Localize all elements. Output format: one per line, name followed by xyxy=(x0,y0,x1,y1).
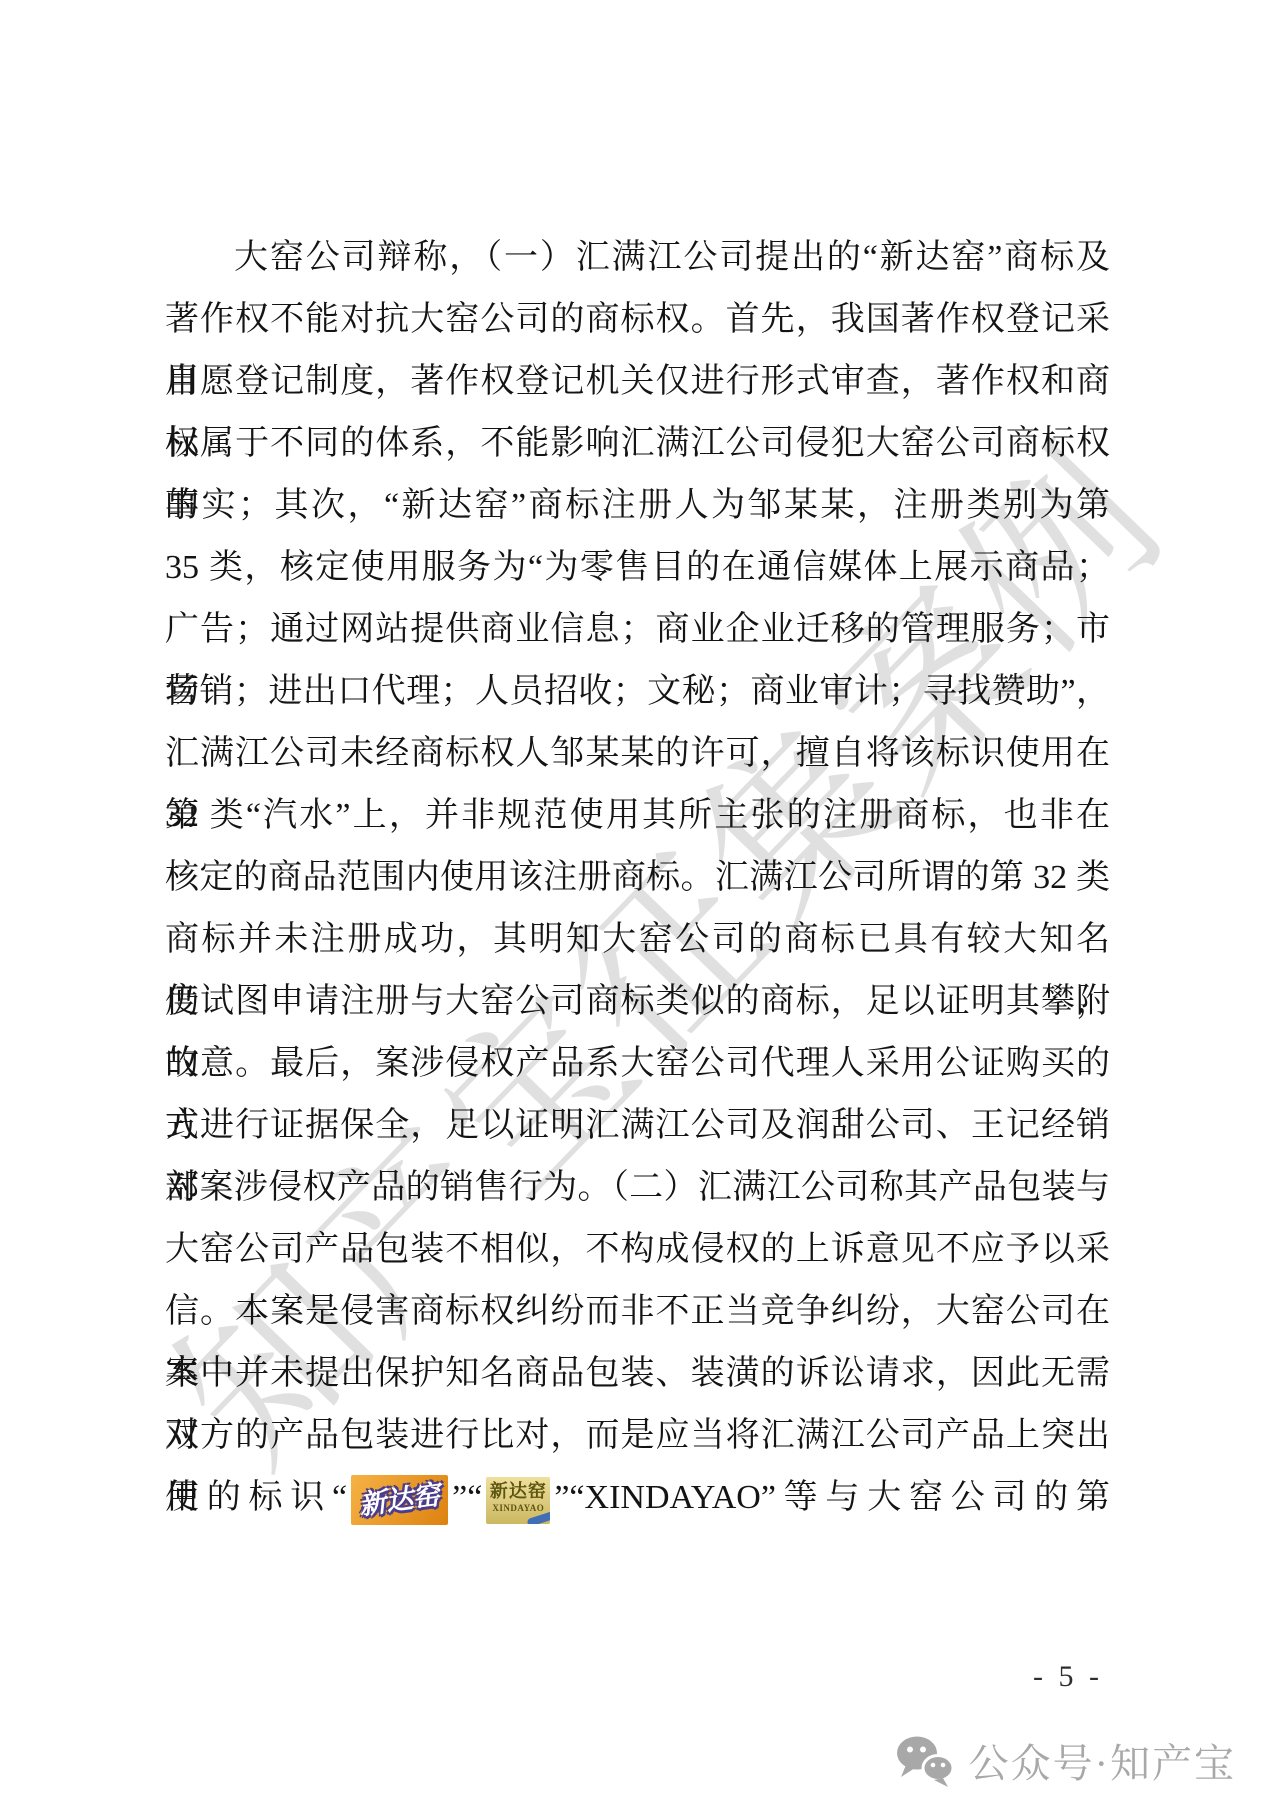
line-text: 对案涉侵权产品的销售行为。（二）汇满江公司称其产品包装与 xyxy=(165,1169,1110,1206)
trademark-logo2-cn: 新达窑 xyxy=(486,1480,550,1503)
line-text: 32 类“汽水”上，并非规范使用其所主张的注册商标，也非在 xyxy=(165,797,1110,834)
line-text: 35 类，核定使用服务为“为零售目的在通信媒体上展示商品； xyxy=(165,549,1110,586)
line-text: ”“ xyxy=(452,1479,482,1516)
line-text: 大窑公司产品包装不相似，不构成侵权的上诉意见不应予以采 xyxy=(165,1231,1110,1268)
text-line: 核定的商品范围内使用该注册商标。汇满江公司所谓的第 32 类 xyxy=(165,847,1110,909)
text-line: 著作权不能对抗大窑公司的商标权。首先，我国著作权登记采用 xyxy=(165,289,1110,351)
text-line: 故意。最后，案涉侵权产品系大窑公司代理人采用公证购买的方 xyxy=(165,1033,1110,1095)
text-line: 大窑公司辩称，（一）汇满江公司提出的“新达窑”商标及 xyxy=(165,227,1110,289)
text-line: 对案涉侵权产品的销售行为。（二）汇满江公司称其产品包装与 xyxy=(165,1157,1110,1219)
line-text: 事实；其次，“新达窑”商标注册人为邹某某，注册类别为第 xyxy=(165,487,1110,524)
line-text: 用的标识“ xyxy=(165,1479,347,1516)
text-line: 自愿登记制度，著作权登记机关仅进行形式审查，著作权和商标 xyxy=(165,351,1110,413)
trademark-logo2-latin: XINDAYAO xyxy=(486,1503,550,1513)
line-text: 大窑公司辩称，（一）汇满江公司提出的“新达窑”商标及 xyxy=(234,239,1110,276)
page: { "watermark": { "text": "知产宝征集案例", "col… xyxy=(0,0,1280,1810)
text-line: 35 类，核定使用服务为“为零售目的在通信媒体上展示商品； xyxy=(165,537,1110,599)
text-line: 营销；进出口代理；人员招收；文秘；商业审计；寻找赞助”， xyxy=(165,661,1110,723)
text-line: 权属于不同的体系，不能影响汇满江公司侵犯大窑公司商标权的 xyxy=(165,413,1110,475)
text-line: 事实；其次，“新达窑”商标注册人为邹某某，注册类别为第 xyxy=(165,475,1110,537)
page-number: - 5 - xyxy=(1013,1660,1123,1694)
trademark-logo1-label: 新达窑 xyxy=(351,1475,448,1525)
text-line: 信。本案是侵害商标权纠纷而非不正当竞争纠纷，大窑公司在本 xyxy=(165,1281,1110,1343)
text-line: 32 类“汽水”上，并非规范使用其所主张的注册商标，也非在 xyxy=(165,785,1110,847)
trademark-logo-xindayao-label: 新达窑XINDAYAO xyxy=(486,1477,550,1524)
text-line: 广告；通过网站提供商业信息；商业企业迁移的管理服务；市场 xyxy=(165,599,1110,661)
trademark-logo-xindayao-stylized: 新达窑 xyxy=(351,1475,448,1525)
text-line: 双方的产品包装进行比对，而是应当将汇满江公司产品上突出使 xyxy=(165,1405,1110,1467)
line-text: 核定的商品范围内使用该注册商标。汇满江公司所谓的第 32 类 xyxy=(165,859,1110,896)
footer-text: 公众号·知产宝 xyxy=(969,1732,1236,1789)
text-line: 式进行证据保全，足以证明汇满江公司及润甜公司、王记经销部 xyxy=(165,1095,1110,1157)
text-line: 用的标识“新达窑”“新达窑XINDAYAO”“XINDAYAO”等与大窑公司的第 xyxy=(165,1467,1110,1529)
text-line: 汇满江公司未经商标权人邹某某的许可，擅自将该标识使用在第 xyxy=(165,723,1110,785)
text-line: 案中并未提出保护知名商品包装、装潢的诉讼请求，因此无需对 xyxy=(165,1343,1110,1405)
line-text: 营销；进出口代理；人员招收；文秘；商业审计；寻找赞助”， xyxy=(165,673,1110,710)
footer: 公众号·知产宝 xyxy=(893,1732,1236,1789)
text-line: 大窑公司产品包装不相似，不构成侵权的上诉意见不应予以采 xyxy=(165,1219,1110,1281)
wechat-icon xyxy=(893,1734,955,1788)
line-text: ”“XINDAYAO”等与大窑公司的第 xyxy=(554,1479,1110,1516)
text-line: 商标并未注册成功，其明知大窑公司的商标已具有较大知名度， xyxy=(165,909,1110,971)
text-line: 仍试图申请注册与大窑公司商标类似的商标，足以证明其攀附的 xyxy=(165,971,1110,1033)
document-text: 大窑公司辩称，（一）汇满江公司提出的“新达窑”商标及著作权不能对抗大窑公司的商标… xyxy=(165,227,1110,1529)
